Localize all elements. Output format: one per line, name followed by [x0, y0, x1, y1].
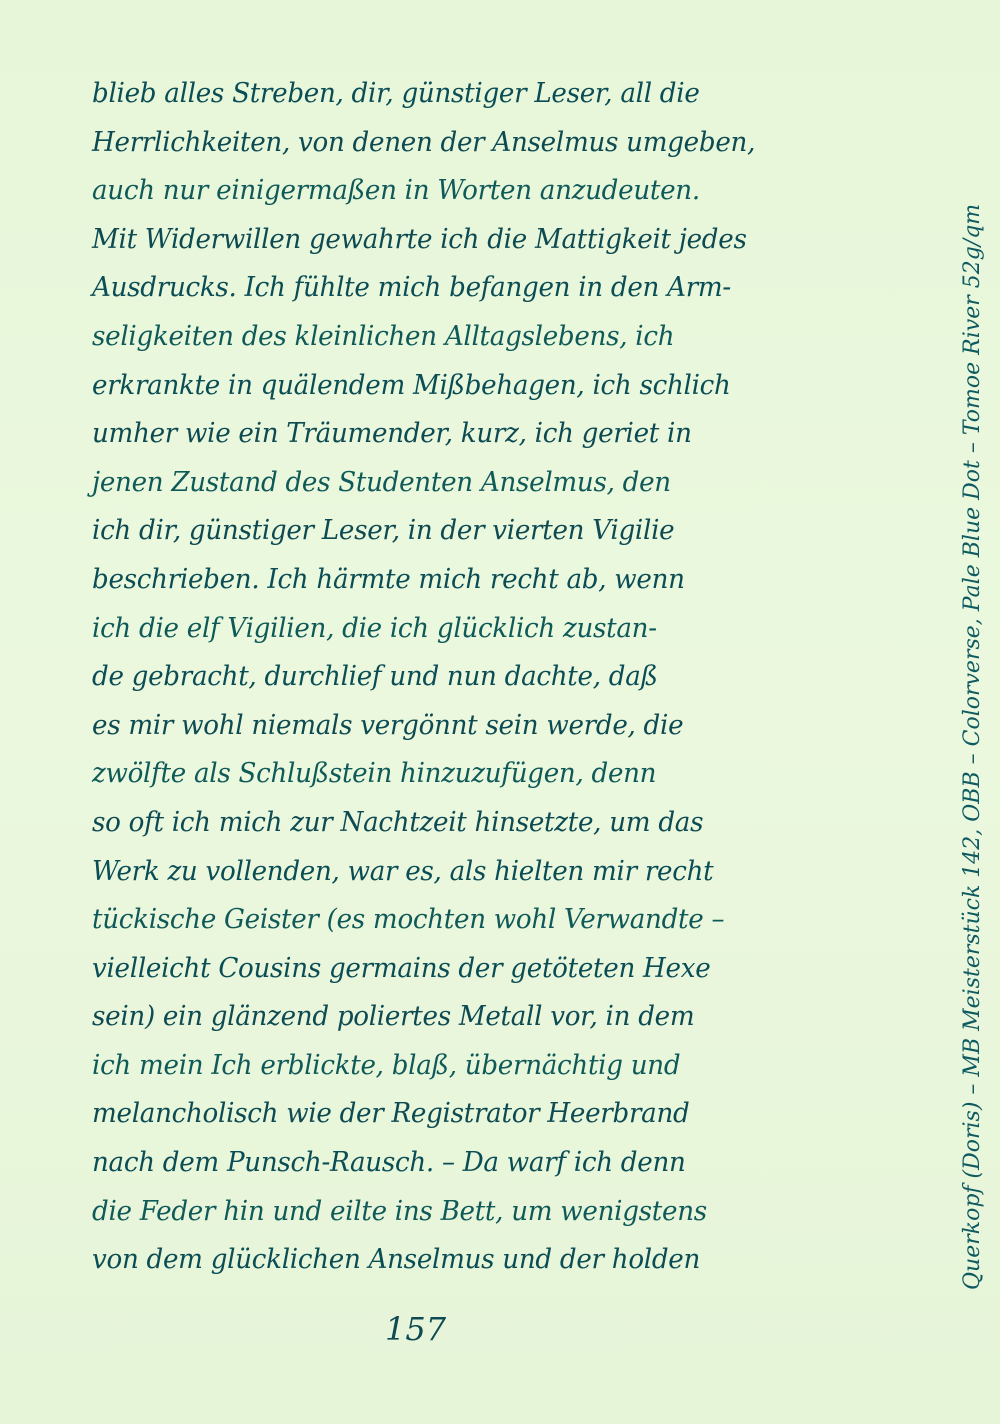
- text-line: erkrankte in quälendem Mißbehagen, ich s…: [92, 362, 867, 411]
- text-line: seligkeiten des kleinlichen Alltagsleben…: [92, 313, 867, 362]
- text-line: melancholisch wie der Registrator Heerbr…: [92, 1090, 867, 1139]
- margin-annotation-vertical: Querkopf (Doris) – MB Meisterstück 142, …: [960, 60, 985, 1290]
- text-line: vielleicht Cousins germains der getötete…: [92, 945, 867, 994]
- text-line: nach dem Punsch-Rausch. – Da warf ich de…: [92, 1139, 867, 1188]
- text-line: blieb alles Streben, dir, günstiger Lese…: [92, 70, 867, 119]
- text-line: ich dir, günstiger Leser, in der vierten…: [92, 507, 867, 556]
- handwritten-text-block: blieb alles Streben, dir, günstiger Lese…: [92, 70, 892, 1285]
- text-line: es mir wohl niemals vergönnt sein werde,…: [92, 702, 867, 751]
- text-line: Ausdrucks. Ich fühlte mich befangen in d…: [92, 264, 867, 313]
- text-line: so oft ich mich zur Nachtzeit hinsetzte,…: [92, 799, 867, 848]
- paper-page: blieb alles Streben, dir, günstiger Lese…: [0, 0, 1000, 1424]
- text-line: zwölfte als Schlußstein hinzuzufügen, de…: [92, 750, 867, 799]
- text-line: Herrlichkeiten, von denen der Anselmus u…: [92, 119, 867, 168]
- text-line: Werk zu vollenden, war es, als hielten m…: [92, 848, 867, 897]
- page-number: 157: [385, 1310, 446, 1348]
- text-line: tückische Geister (es mochten wohl Verwa…: [92, 896, 867, 945]
- text-line: sein) ein glänzend poliertes Metall vor,…: [92, 993, 867, 1042]
- text-line: ich die elf Vigilien, die ich glücklich …: [92, 605, 867, 654]
- text-line: de gebracht, durchlief und nun dachte, d…: [92, 653, 867, 702]
- text-line: jenen Zustand des Studenten Anselmus, de…: [92, 459, 867, 508]
- text-line: die Feder hin und eilte ins Bett, um wen…: [92, 1188, 867, 1237]
- text-line: ich mein Ich erblickte, blaß, übernächti…: [92, 1042, 867, 1091]
- text-line: beschrieben. Ich härmte mich recht ab, w…: [92, 556, 867, 605]
- text-line: umher wie ein Träumender, kurz, ich geri…: [92, 410, 867, 459]
- text-line: von dem glücklichen Anselmus und der hol…: [92, 1236, 867, 1285]
- text-line: Mit Widerwillen gewahrte ich die Mattigk…: [92, 216, 867, 265]
- text-line: auch nur einigermaßen in Worten anzudeut…: [92, 167, 867, 216]
